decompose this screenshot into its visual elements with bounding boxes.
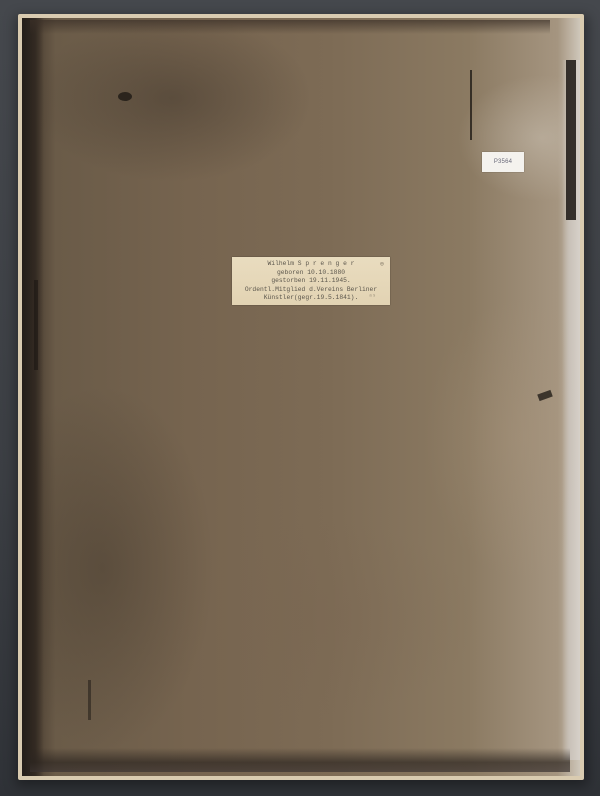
inventory-sticker: P3564 xyxy=(482,152,524,172)
dark-scratch xyxy=(470,70,472,140)
label-line-name: Wilhelm S p r e n g e r xyxy=(232,260,390,269)
pencil-mark: ᵃˢ xyxy=(369,293,376,302)
stamp-mark-icon: ⊕ xyxy=(380,261,384,270)
label-line-died: gestorben 19.11.1945. xyxy=(232,277,390,286)
canvas-bottom-edge-stain xyxy=(30,748,570,772)
label-line-born: geboren 10.10.1880 xyxy=(232,269,390,278)
label-line-association: Künstler(gegr.19.5.1841). xyxy=(232,294,390,303)
canvas-back-surface xyxy=(22,18,580,776)
label-line-membership: Ordentl.Mitglied d.Vereins Berliner xyxy=(232,286,390,295)
inventory-number: P3564 xyxy=(494,159,512,165)
dark-edge-mark xyxy=(34,280,38,370)
dark-stain xyxy=(118,92,132,101)
typed-artist-label: Wilhelm S p r e n g e r geboren 10.10.18… xyxy=(232,257,390,305)
canvas-top-edge-stain xyxy=(30,20,550,34)
canvas-left-edge-stain xyxy=(22,18,44,776)
dark-edge-damage xyxy=(566,60,576,220)
dark-scratch xyxy=(88,680,91,720)
